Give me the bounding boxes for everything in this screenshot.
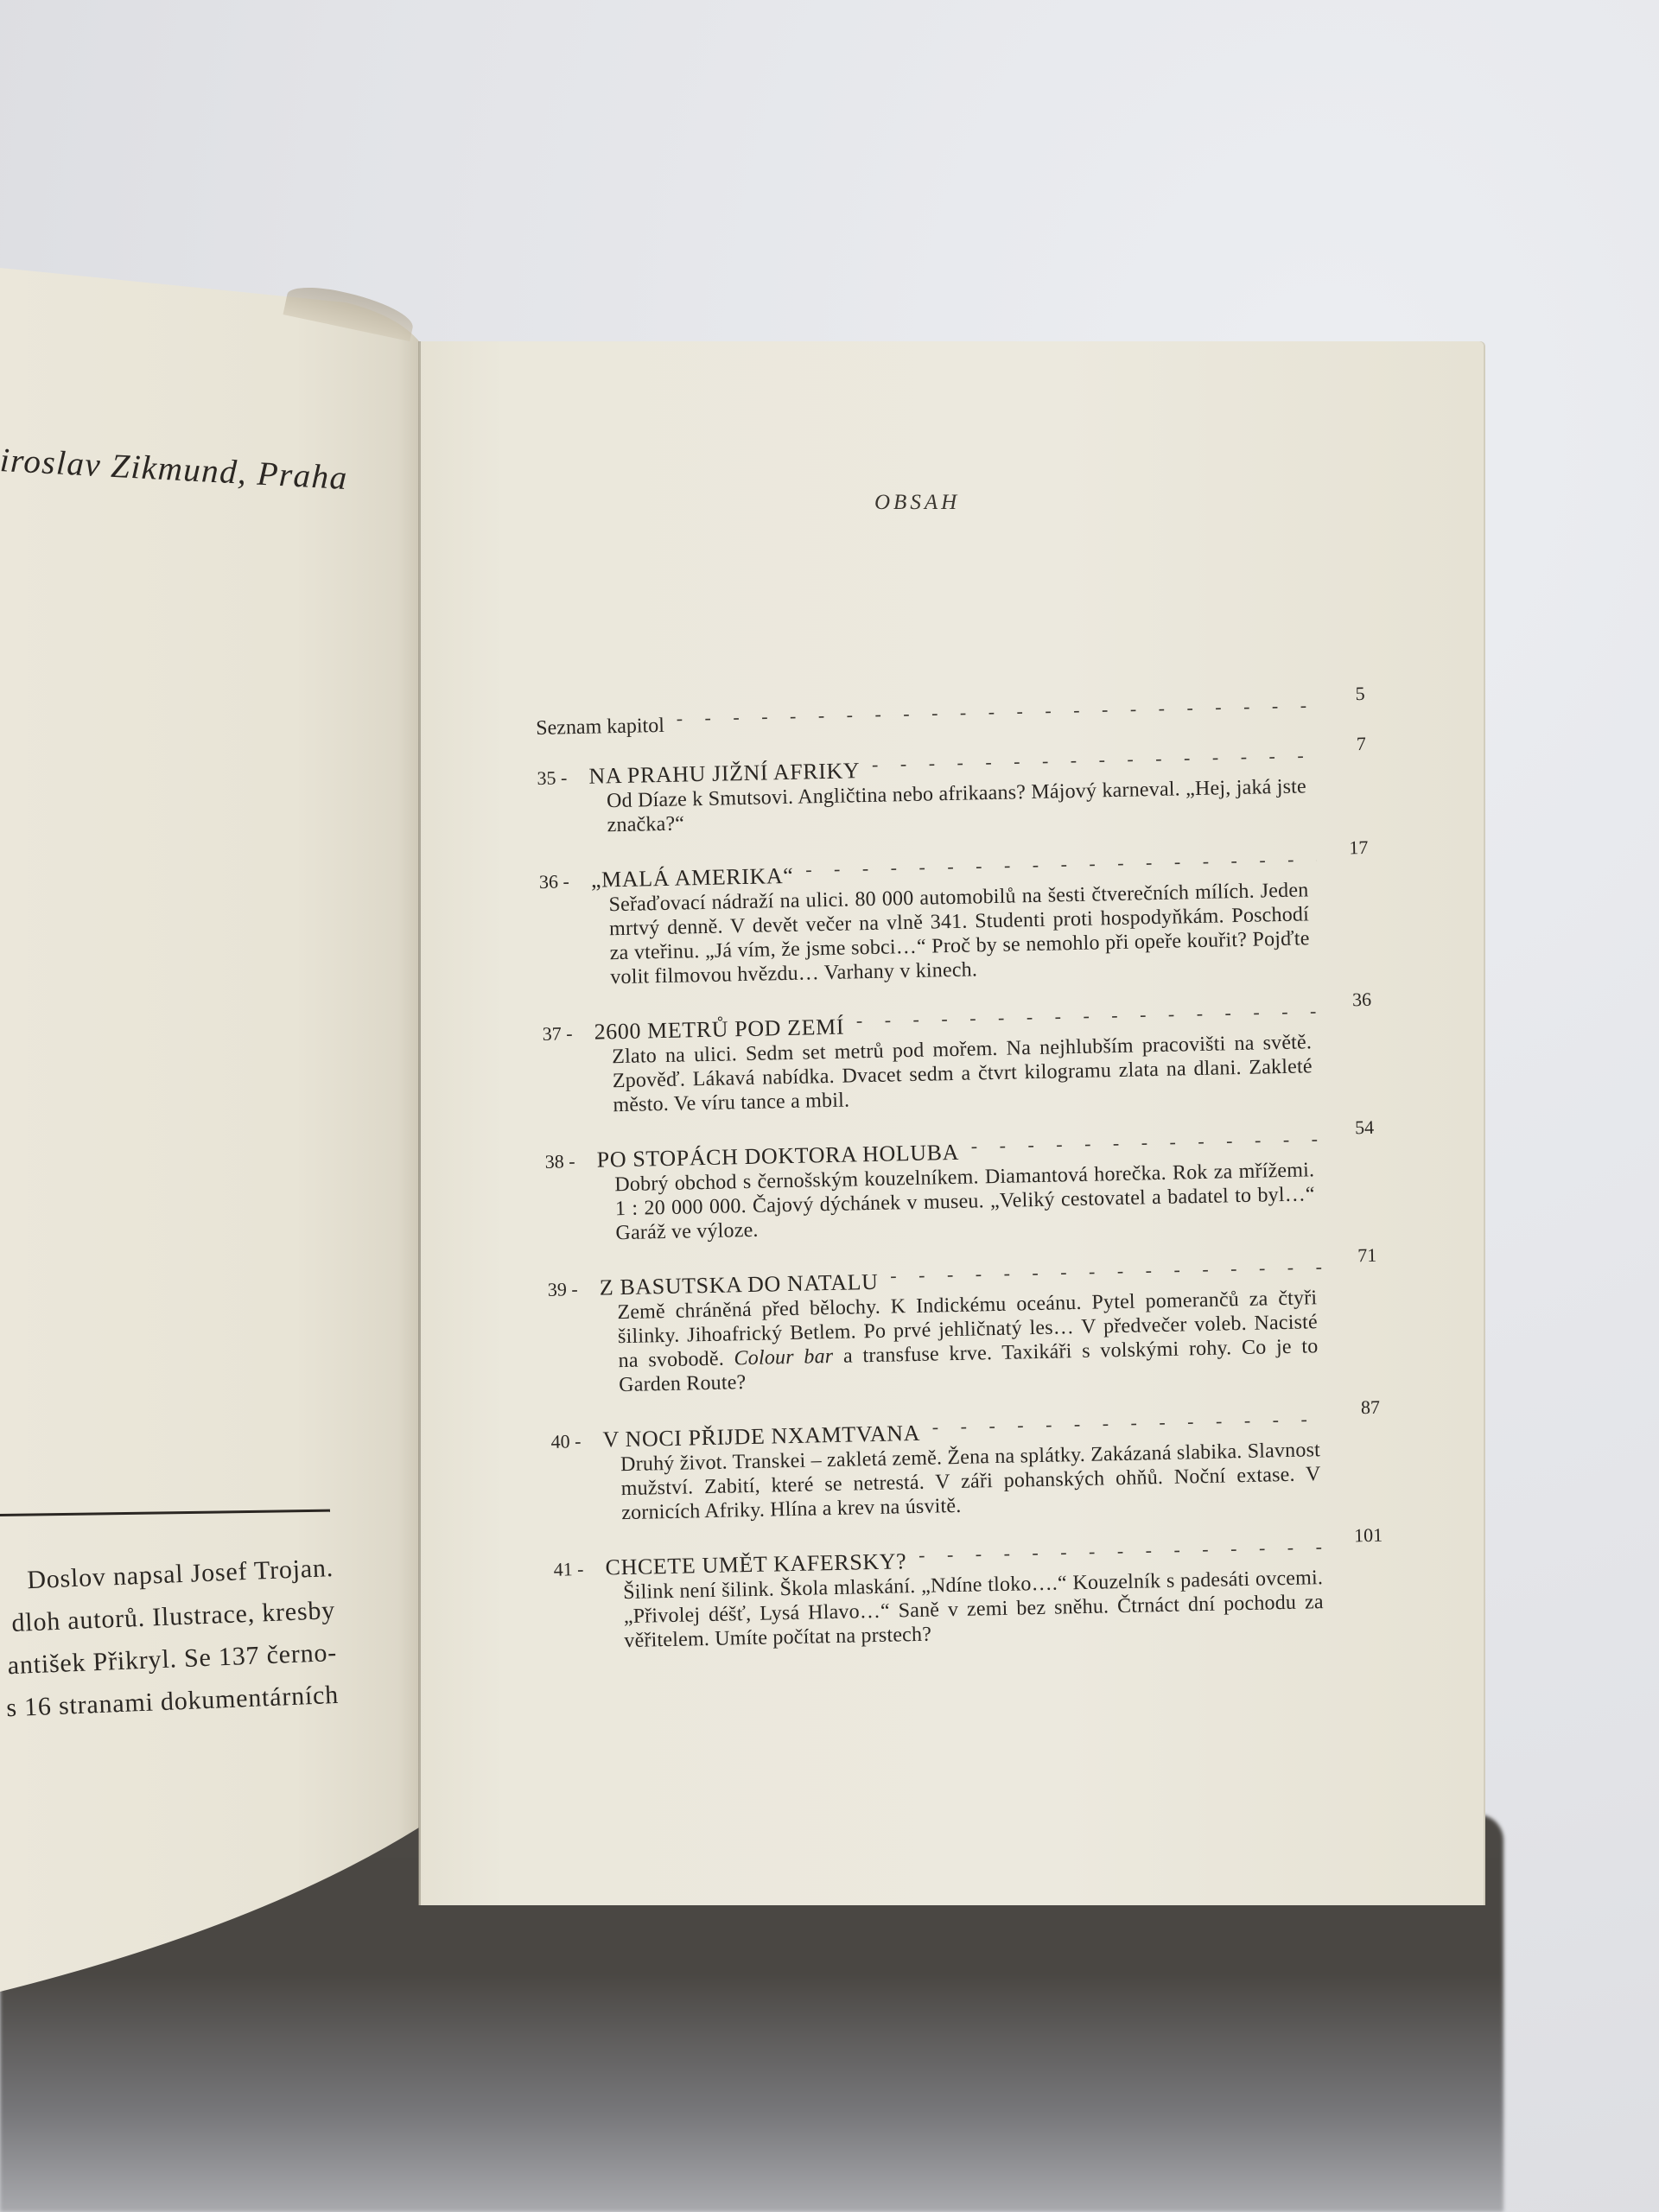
toc-chapter-number: 41 - [553,1558,606,1581]
toc-leader-dots: - - - - - - - - - - - - - - - - - - - - … [890,1255,1325,1287]
toc-heading: 2600 METRŮ POD ZEMÍ [594,1014,844,1046]
toc-page-number: 71 [1333,1244,1377,1268]
toc-leader-dots: - - - - - - - - - - - - - - - - - - - - … [872,744,1315,776]
toc-entry: 40 - V NOCI PŘIJDE NXAMTVANA - - - - - -… [550,1411,1382,1527]
toc-description: Šilink není šilink. Škola mlaskání. „Ndí… [623,1566,1325,1653]
toc-entry: 37 - 2600 METRŮ POD ZEMÍ - - - - - - - -… [542,1003,1373,1119]
toc-entry: 41 - CHCETE UMĚT KAFERSKY? - - - - - - -… [553,1539,1384,1655]
toc-leader-dots: - - - - - - - - - - - - - - - - - - - - … [932,1408,1329,1439]
toc-chapter-number: 36 - [539,870,592,893]
toc-description: Druhý život. Transkei – zakletá země. Že… [620,1438,1322,1525]
table-of-contents: Seznam kapitol - - - - - - - - - - - - -… [536,700,1385,1684]
toc-title: OBSAH [874,491,960,515]
toc-entry: 35 - NA PRAHU JIŽNÍ AFRIKY - - - - - - -… [537,747,1368,839]
toc-page-number: 5 [1321,683,1365,706]
toc-description: Zlato na ulici. Sedm set metrů pod mořem… [612,1030,1313,1117]
toc-chapter-number: 35 - [537,766,589,790]
toc-description: Dobrý obchod s černošským kouzelníkem. D… [614,1158,1316,1245]
toc-page-number: 101 [1339,1524,1383,1548]
book-gutter [418,341,421,1905]
toc-chapter-number: 38 - [545,1150,598,1173]
left-page-colophon: Doslov napsal Josef Trojan. dloh autorů.… [0,1547,340,1729]
toc-entry: 39 - Z BASUTSKA DO NATALU - - - - - - - … [548,1259,1380,1399]
toc-leader-dots: - - - - - - - - - - - - - - - - - - - - … [856,1000,1320,1032]
toc-chapter-number: 40 - [550,1430,603,1453]
toc-page-number: 87 [1337,1396,1381,1420]
toc-page-number: 17 [1325,836,1369,860]
toc-chapter-number: 39 - [548,1278,601,1301]
toc-heading: Seznam kapitol [536,715,664,741]
toc-leader-dots: - - - - - - - - - - - - - - - - - - - - … [805,848,1317,880]
toc-entry: 38 - PO STOPÁCH DOKTORA HOLUBA - - - - -… [544,1131,1376,1247]
toc-description: Země chráněná před bělochy. K Indickému … [617,1286,1319,1397]
toc-page-number: 7 [1323,733,1367,756]
toc-chapter-number: 37 - [542,1022,594,1046]
left-page [0,268,419,1996]
toc-description: Seřaďovací nádraží na ulici. 80 000 auto… [608,878,1310,989]
toc-description-italic: Colour bar [734,1345,833,1370]
toc-page-number: 54 [1331,1116,1375,1140]
toc-heading: „MALÁ AMERIKA“ [591,863,794,893]
toc-leader-dots: - - - - - - - - - - - - - - - - - - - - … [971,1128,1323,1158]
toc-page-number: 36 [1328,988,1372,1012]
toc-entry: 36 - „MALÁ AMERIKA“ - - - - - - - - - - … [539,851,1371,991]
toc-leader-dots: - - - - - - - - - - - - - - - - - - - - … [918,1535,1332,1567]
